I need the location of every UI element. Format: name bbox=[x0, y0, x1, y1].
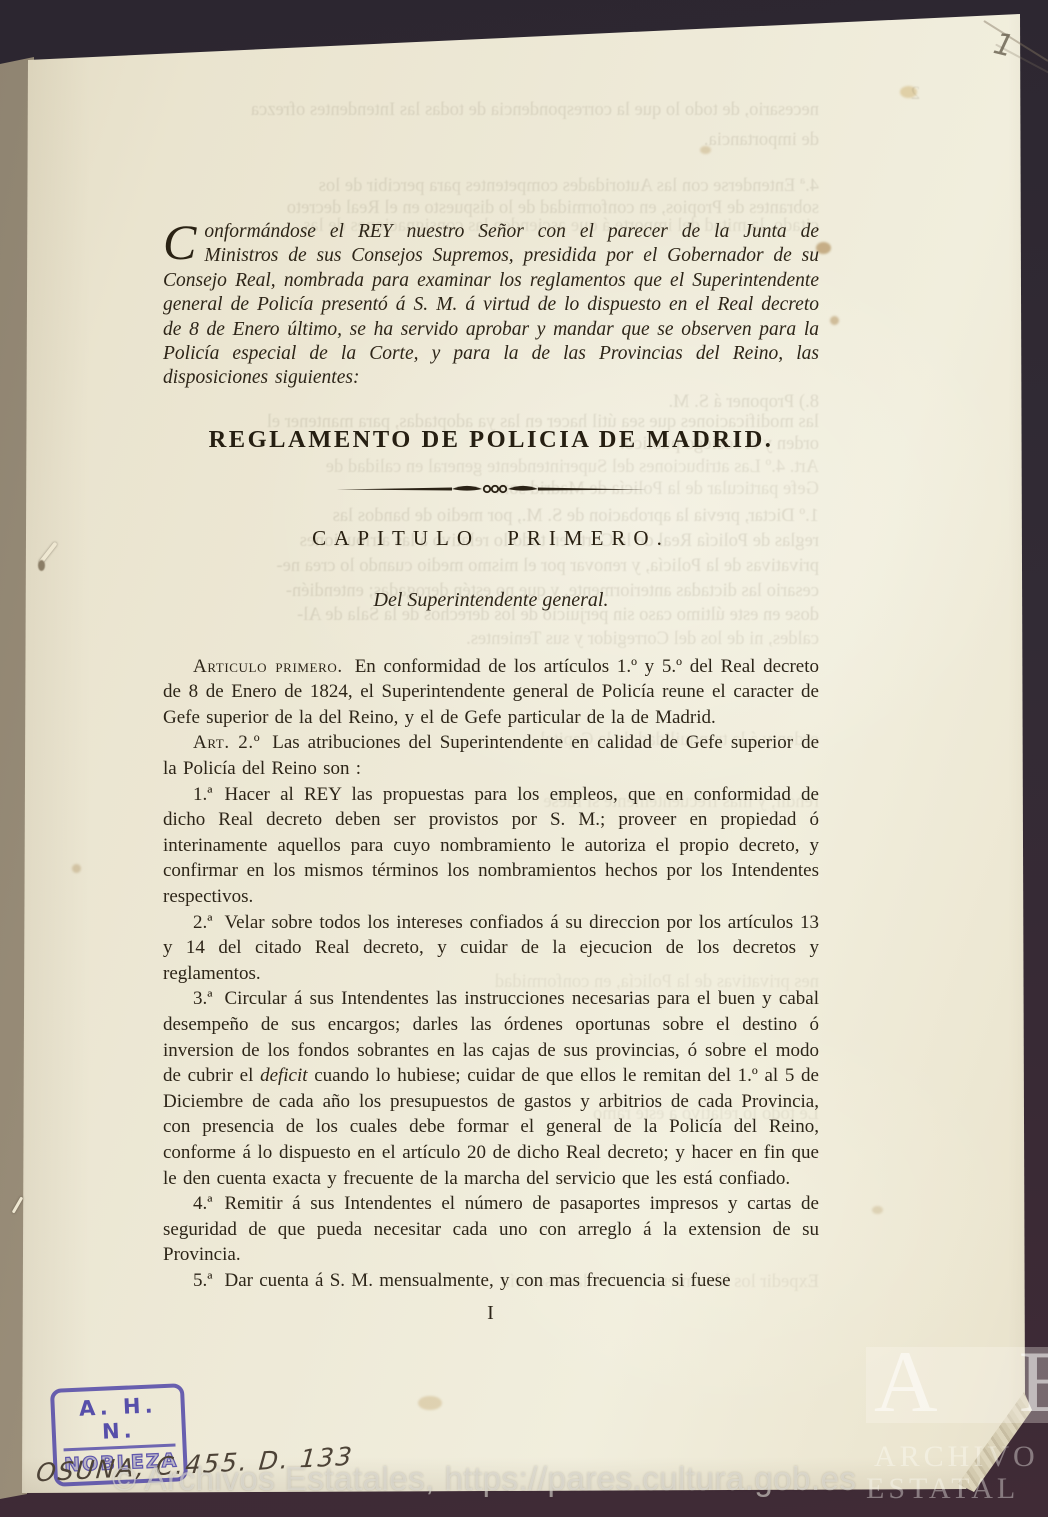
attribution-item-2: 2.ªVelar sobre todos los intereses confi… bbox=[163, 910, 819, 987]
item-label: 1.ª bbox=[193, 784, 213, 805]
attribution-item-1: 1.ªHacer al REY las propuestas para los … bbox=[163, 782, 819, 910]
copyright-watermark: © Archivos Estatales, https://pares.cult… bbox=[112, 1460, 857, 1498]
ae-logo-initials: A E bbox=[874, 1332, 1048, 1433]
page-text-column: Conformándose el REY nuestro Señor con e… bbox=[163, 220, 819, 1347]
scanned-document-photo: { "document": { "folio_number": "1", "op… bbox=[0, 0, 1048, 1517]
attribution-item-3: 3.ªCircular á sus Intendentes las instru… bbox=[163, 986, 819, 1191]
drop-cap-initial: C bbox=[163, 222, 196, 262]
article-paragraph-1: Articulo primero.En conformidad de los a… bbox=[163, 654, 819, 731]
opening-paragraph-text: onformándose el REY nuestro Señor con el… bbox=[163, 221, 819, 388]
article-label: Art. 2.º bbox=[193, 732, 260, 753]
attribution-item-5: 5.ªDar cuenta á S. M. mensualmente, y co… bbox=[163, 1268, 819, 1294]
item-label: 3.ª bbox=[193, 988, 213, 1009]
chapter-subtitle: Del Superintendente general. bbox=[163, 588, 819, 614]
item-text-italic: deficit bbox=[260, 1065, 307, 1086]
foxing-spot bbox=[872, 1206, 883, 1214]
ae-logo-word-estatal: ESTATAL bbox=[866, 1472, 1019, 1506]
item-label: 5.ª bbox=[193, 1270, 213, 1291]
foxing-spot bbox=[830, 316, 839, 325]
bleedthrough-line: necesario, de todo lo que la corresponde… bbox=[163, 100, 819, 121]
foxing-spot bbox=[418, 1396, 442, 1410]
chapter-heading: CAPITULO PRIMERO. bbox=[163, 526, 819, 552]
item-text: Remitir á sus Intendentes el número de p… bbox=[163, 1193, 819, 1265]
page-signature: I bbox=[163, 1301, 819, 1327]
article-text: Las atribuciones del Superintendente en … bbox=[163, 732, 819, 779]
stamp-line1: A. H. N. bbox=[61, 1393, 175, 1452]
article-paragraph-2: Art. 2.ºLas atribuciones del Superintend… bbox=[163, 730, 819, 781]
bleedthrough-line: de importancia. bbox=[163, 130, 819, 151]
ae-logo-word-archivo: ARCHIVO bbox=[874, 1440, 1039, 1474]
bleedthrough-page-number: 2 bbox=[880, 84, 920, 105]
divider-ornament-icon bbox=[336, 482, 646, 496]
item-label: 2.ª bbox=[193, 912, 213, 933]
articles-block: Articulo primero.En conformidad de los a… bbox=[163, 654, 819, 1294]
item-text: Dar cuenta á S. M. mensualmente, y con m… bbox=[225, 1270, 731, 1291]
item-text: Hacer al REY las propuestas para los emp… bbox=[163, 784, 819, 907]
attribution-item-4: 4.ªRemitir á sus Intendentes el número d… bbox=[163, 1191, 819, 1268]
foxing-spot bbox=[72, 864, 81, 873]
item-label: 4.ª bbox=[193, 1193, 213, 1214]
stitch-hole bbox=[38, 560, 45, 571]
bleedthrough-line: 4.ª Entenderse con las Autoridades compe… bbox=[163, 176, 819, 197]
article-label: Articulo primero. bbox=[193, 656, 343, 677]
opening-paragraph: Conformándose el REY nuestro Señor con e… bbox=[163, 220, 819, 391]
document-title: REGLAMENTO DE POLICIA DE MADRID. bbox=[163, 427, 819, 453]
item-text: Velar sobre todos los intereses confiado… bbox=[163, 912, 819, 984]
